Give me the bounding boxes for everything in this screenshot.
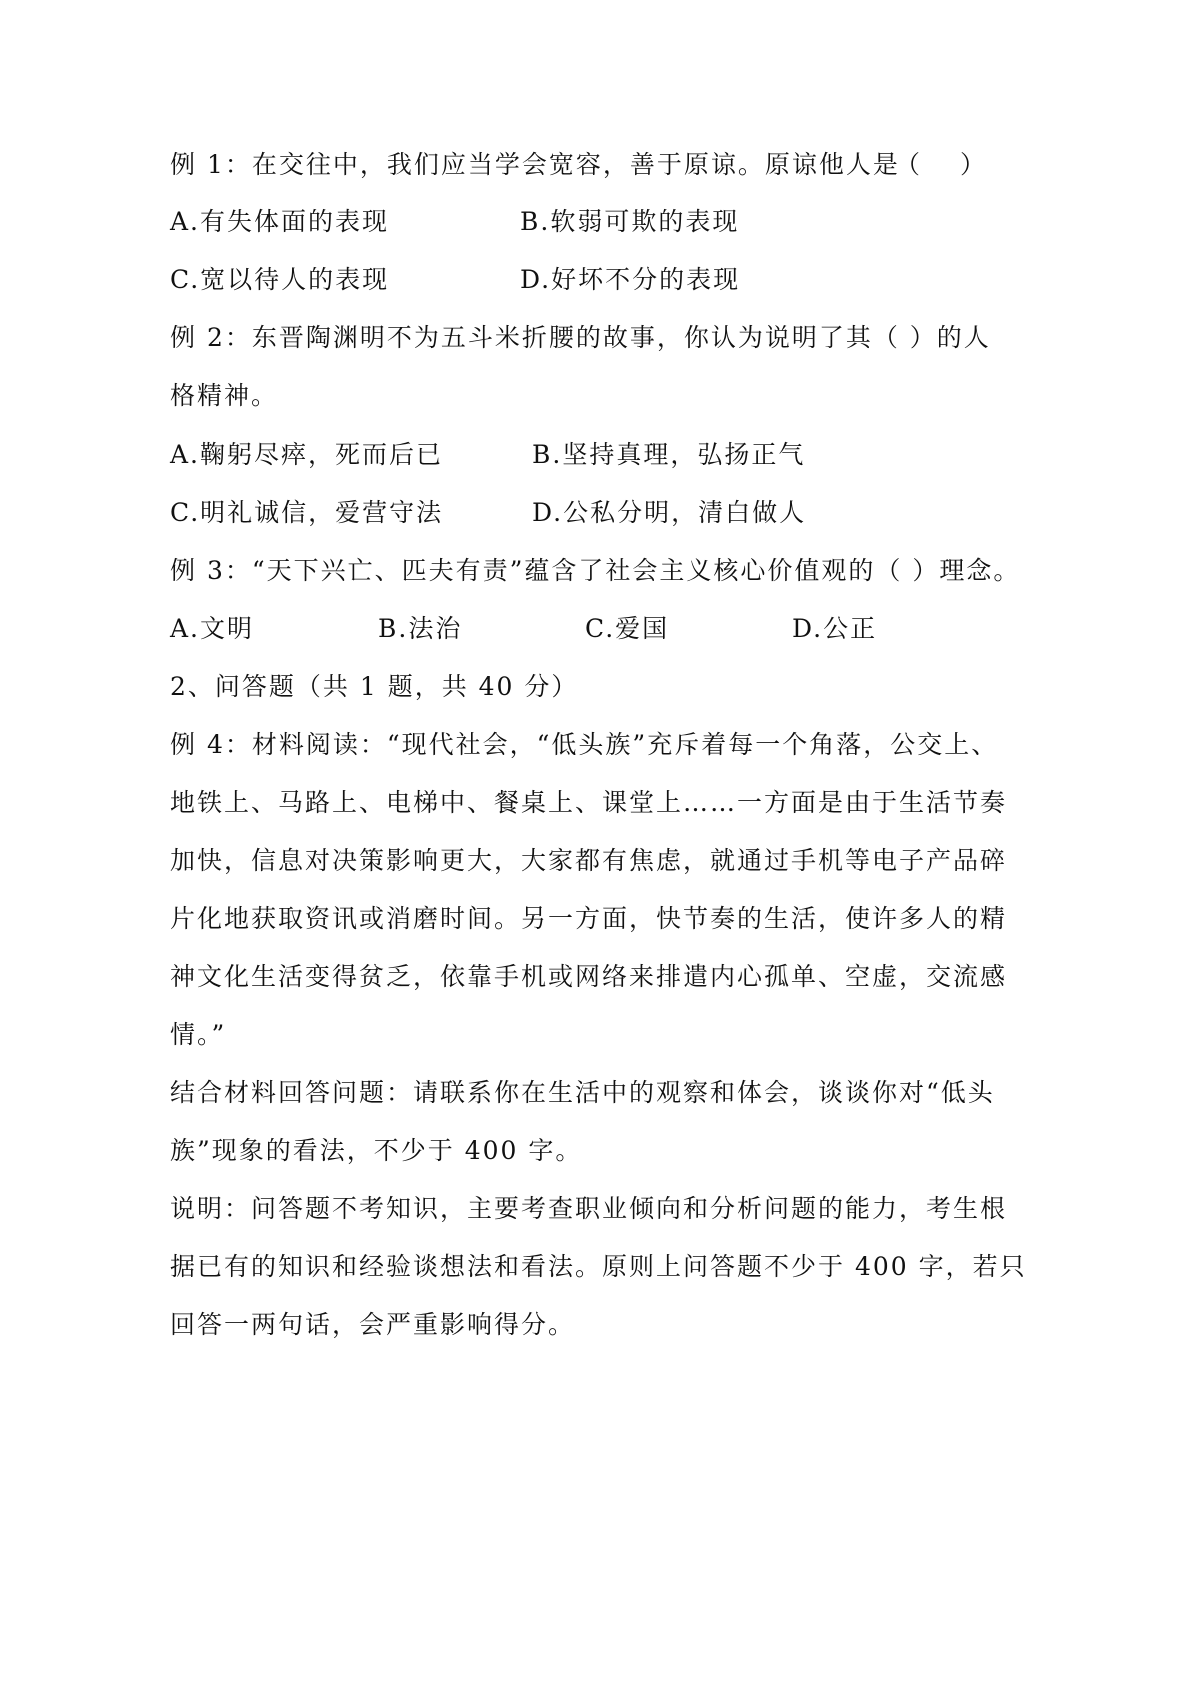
q2-stem-line-2: 格精神。: [170, 381, 1050, 411]
q3-option-d: D.公正: [792, 614, 877, 644]
q4-material-line-3: 加快，信息对决策影响更大，大家都有焦虑，就通过手机等电子产品碎: [170, 846, 1050, 876]
q4-material-line-4: 片化地获取资讯或消磨时间。另一方面，快节奏的生活，使许多人的精: [170, 904, 1050, 934]
q4-material-line-5: 神文化生活变得贫乏，依靠手机或网络来排遣内心孤单、空虚，交流感: [170, 962, 1050, 992]
q1-option-a: A.有失体面的表现: [170, 207, 389, 237]
q1-option-b: B.软弱可欺的表现: [520, 207, 739, 237]
section-2-heading: 2、问答题（共 1 题，共 40 分）: [170, 672, 1050, 702]
q2-option-d: D.公私分明，清白做人: [532, 498, 806, 528]
q4-note-line-3: 回答一两句话，会严重影响得分。: [170, 1310, 1050, 1340]
q1-option-d: D.好坏不分的表现: [520, 265, 740, 295]
q1-stem-line: 例 1：在交往中，我们应当学会宽容，善于原谅。原谅他人是 （ ）: [170, 150, 1050, 180]
q2-option-b: B.坚持真理，弘扬正气: [532, 440, 805, 470]
q3-option-a: A.文明: [170, 614, 254, 644]
q4-material-line-6: 情。”: [170, 1020, 1050, 1050]
q4-note-line-2: 据已有的知识和经验谈想法和看法。原则上问答题不少于 400 字，若只: [170, 1252, 1050, 1282]
q4-note-line-1: 说明：问答题不考知识，主要考查职业倾向和分析问题的能力，考生根: [170, 1194, 1050, 1224]
q2-option-a: A.鞠躬尽瘁，死而后已: [170, 440, 443, 470]
q2-option-c: C.明礼诚信，爱营守法: [170, 498, 443, 528]
q3-stem: 例 3：“天下兴亡、匹夫有责”蕴含了社会主义核心价值观的（ ）理念。: [170, 556, 1050, 586]
q1-option-c: C.宽以待人的表现: [170, 265, 389, 295]
document-page: 例 1：在交往中，我们应当学会宽容，善于原谅。原谅他人是 （ ） A.有失体面的…: [0, 0, 1191, 1684]
q2-stem-line-1: 例 2：东晋陶渊明不为五斗米折腰的故事，你认为说明了其（ ）的人: [170, 323, 1050, 353]
q4-material-line-2: 地铁上、马路上、电梯中、餐桌上、课堂上……一方面是由于生活节奏: [170, 788, 1050, 818]
q1-answer-paren-close: ）: [960, 150, 987, 180]
q4-prompt-line-1: 结合材料回答问题：请联系你在生活中的观察和体会，谈谈你对“低头: [170, 1078, 1050, 1108]
q4-material-line-1: 例 4：材料阅读：“现代社会，“低头族”充斥着每一个角落，公交上、: [170, 730, 1050, 760]
q4-prompt-line-2: 族”现象的看法，不少于 400 字。: [170, 1136, 1050, 1166]
q3-option-c: C.爱国: [585, 614, 669, 644]
q3-option-b: B.法治: [378, 614, 462, 644]
q1-stem: 例 1：在交往中，我们应当学会宽容，善于原谅。原谅他人是: [170, 150, 900, 179]
q1-answer-paren-open: （: [895, 150, 922, 180]
